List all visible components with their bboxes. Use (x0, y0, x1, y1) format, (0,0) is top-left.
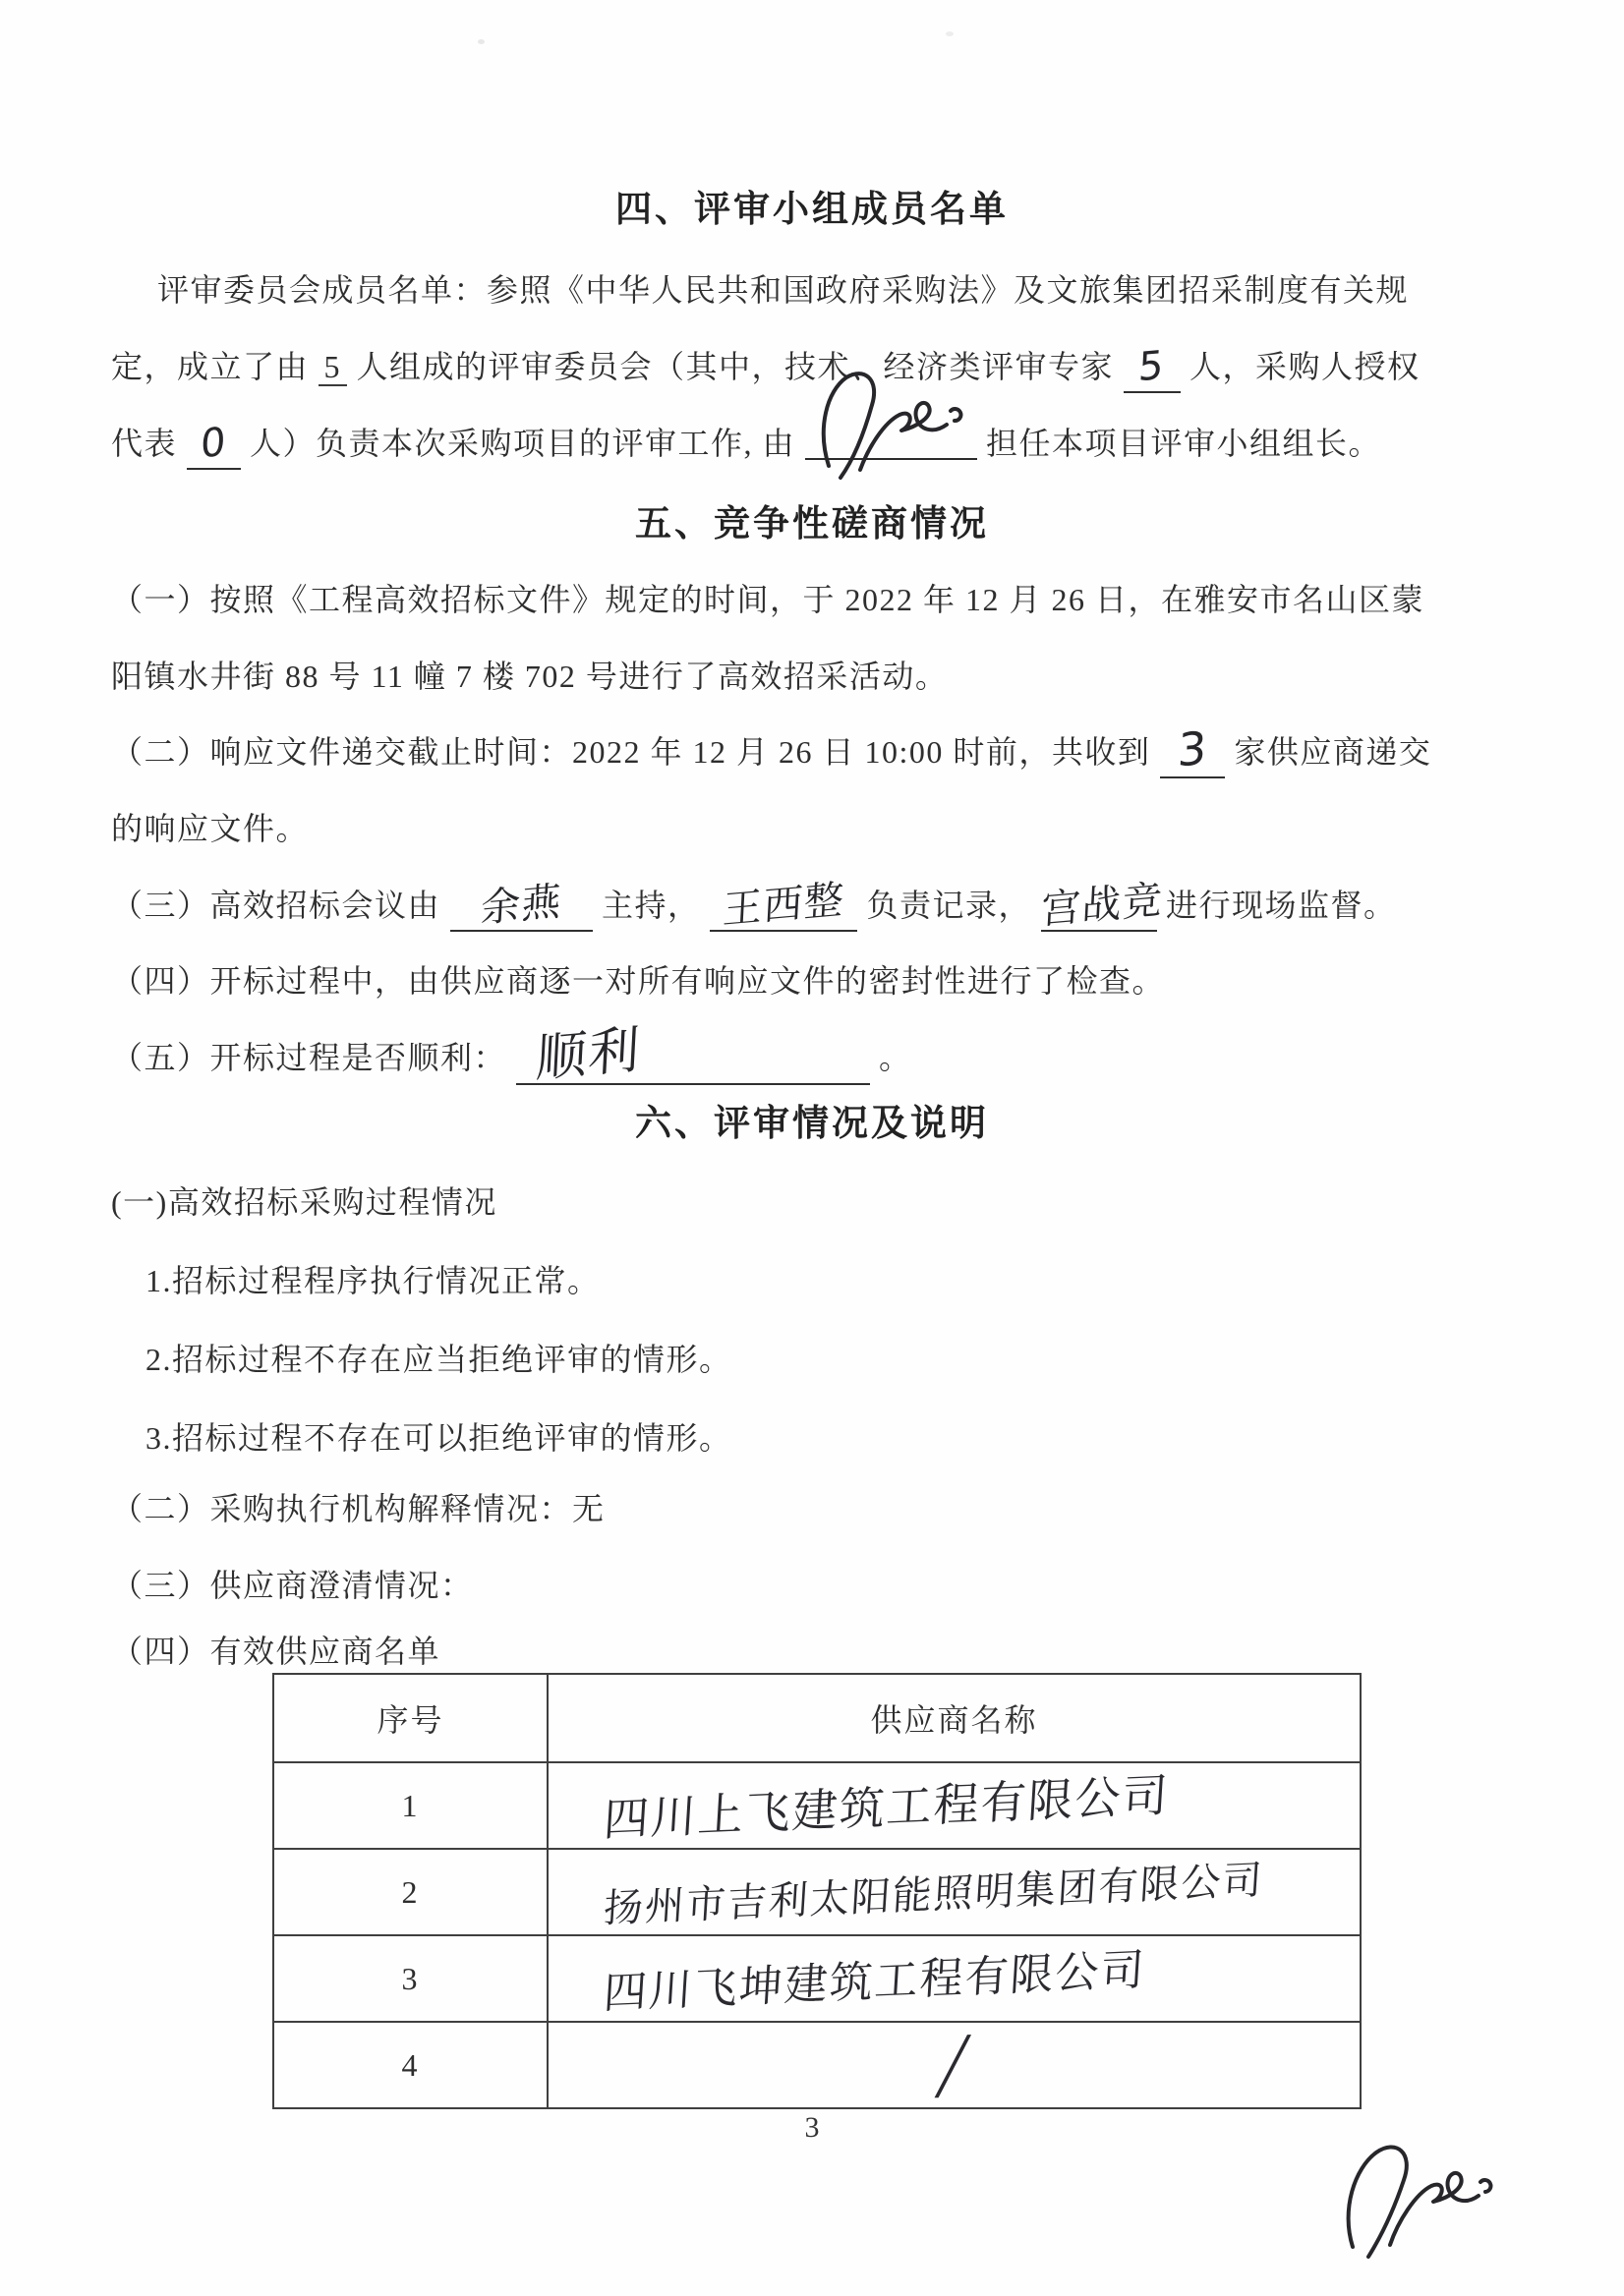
handwritten-recorder-name: 王西整 (722, 880, 845, 930)
section6-item-1: (一)高效招标采购过程情况 (111, 1177, 497, 1223)
table-row: 4 / (273, 2022, 1361, 2108)
paragraph-text: 进行现场监督。 (1166, 888, 1397, 923)
paragraph-text: 人）负责本次采购项目的评审工作, 由 (250, 426, 795, 461)
section6-sub-1: 1.招标过程程序执行情况正常。 (145, 1256, 601, 1301)
item-4-line: （四）开标过程中，由供应商逐一对所有响应文件的密封性进行了检查。 (111, 956, 1165, 1002)
scan-artifact (478, 39, 485, 44)
page-corner-signature (1335, 2131, 1492, 2268)
section6-sub-3: 3.招标过程不存在可以拒绝评审的情形。 (145, 1413, 732, 1459)
handwritten-smooth-answer: 顺利 (514, 1024, 641, 1087)
handwritten-supplier-name: 四川上飞建筑工程有限公司 (548, 1759, 1171, 1852)
column-header-no: 序号 (273, 1674, 548, 1762)
item-2-line-1: （二）响应文件递交截止时间：2022 年 12 月 26 日 10:00 时前，… (111, 727, 1431, 778)
recorder-name-blank: 王西整 (710, 890, 857, 932)
committee-member-count: 5 (319, 349, 348, 386)
handwritten-supplier-count: 3 (1176, 724, 1208, 773)
handwritten-host-name: 余燕 (480, 882, 563, 929)
supplier-table: 序号 供应商名称 1 四川上飞建筑工程有限公司 2 扬州市吉利太阳能照明集团有限… (272, 1673, 1362, 2109)
section6-item-2: （二）采购执行机构解释情况：无 (111, 1484, 606, 1529)
row-number: 4 (273, 2022, 548, 2108)
paragraph-text: 代表 (111, 426, 177, 461)
table-row: 3 四川飞坤建筑工程有限公司 (273, 1935, 1361, 2022)
expert-count-blank: 5 (1124, 351, 1181, 393)
handwritten-supplier-name: 四川飞坤建筑工程有限公司 (548, 1934, 1147, 2024)
supplier-name-cell: 扬州市吉利太阳能照明集团有限公司 (548, 1849, 1361, 1935)
supervisor-name-blank: 宫战竞 (1041, 890, 1157, 932)
document-page: 四、评审小组成员名单 评审委员会成员名单：参照《中华人民共和国政府采购法》及文旅… (0, 0, 1624, 2296)
supplier-count-blank: 3 (1160, 730, 1225, 778)
paragraph-text: 。 (879, 1040, 912, 1075)
handwritten-expert-count: 5 (1137, 346, 1166, 388)
handwritten-supervisor-name: 宫战竞 (1040, 880, 1164, 930)
item-2-line-2: 的响应文件。 (111, 804, 309, 849)
paragraph-text: （五）开标过程是否顺利： (111, 1040, 506, 1075)
row-number: 3 (273, 1935, 548, 2022)
supplier-name-cell: 四川上飞建筑工程有限公司 (548, 1762, 1361, 1849)
table-row: 2 扬州市吉利太阳能照明集团有限公司 (273, 1849, 1361, 1935)
table-header-row: 序号 供应商名称 (273, 1674, 1361, 1762)
supplier-name-cell: / (548, 2022, 1361, 2108)
column-header-supplier: 供应商名称 (548, 1674, 1361, 1762)
committee-paragraph-line-1: 评审委员会成员名单：参照《中华人民共和国政府采购法》及文旅集团招采制度有关规 (157, 265, 1409, 311)
group-leader-signature (811, 368, 973, 484)
paragraph-text: 担任本项目评审小组组长。 (986, 426, 1381, 461)
handwritten-rep-count: 0 (200, 423, 228, 465)
item-1-line-2: 阳镇水井街 88 号 11 幢 7 楼 702 号进行了高效招采活动。 (111, 652, 948, 697)
paragraph-text: （三）高效招标会议由 (111, 888, 440, 923)
row-number: 1 (273, 1762, 548, 1849)
section-5-heading: 五、竞争性磋商情况 (0, 493, 1624, 546)
section6-item-3: （三）供应商澄清情况： (111, 1561, 474, 1606)
paragraph-text: （二）响应文件递交截止时间：2022 年 12 月 26 日 10:00 时前，… (111, 734, 1150, 770)
smooth-answer-blank: 顺利 (516, 1032, 870, 1085)
handwritten-supplier-name: 扬州市吉利太阳能照明集团有限公司 (549, 1849, 1266, 1936)
section6-item-4: （四）有效供应商名单 (111, 1627, 440, 1672)
committee-paragraph-line-3: 代表 0 人）负责本次采购项目的评审工作, 由 担任本项目评审小组组长。 (111, 419, 1381, 470)
paragraph-text: 负责记录， (867, 888, 1032, 923)
item-3-line: （三）高效招标会议由 余燕 主持， 王西整 负责记录， 宫战竞 进行现场监督。 (111, 881, 1397, 932)
group-leader-signature-blank (805, 419, 977, 460)
row-number: 2 (273, 1849, 548, 1935)
section6-sub-2: 2.招标过程不存在应当拒绝评审的情形。 (145, 1335, 732, 1380)
paragraph-text: 人，采购人授权 (1189, 349, 1421, 384)
committee-paragraph-line-2: 定，成立了由 5 人组成的评审委员会（其中，技术、经济类评审专家 5 人，采购人… (111, 342, 1421, 393)
paragraph-text: 主持， (602, 888, 701, 923)
paragraph-text: 人组成的评审委员会（其中，技术、经济类评审专家 (357, 349, 1115, 384)
section-6-heading: 六、评审情况及说明 (0, 1093, 1624, 1146)
purchaser-rep-count-blank: 0 (187, 428, 241, 470)
paragraph-text: 评审委员会成员名单：参照《中华人民共和国政府采购法》及文旅集团招采制度有关规 (157, 272, 1409, 308)
paragraph-text: 定，成立了由 (111, 349, 309, 384)
item-1-line-1: （一）按照《工程高效招标文件》规定的时间，于 2022 年 12 月 26 日，… (111, 575, 1424, 620)
scan-artifact (946, 31, 954, 36)
section-4-heading: 四、评审小组成员名单 (0, 179, 1624, 232)
item-5-line: （五）开标过程是否顺利： 顺利 。 (111, 1032, 912, 1085)
handwritten-slash: / (541, 2026, 1366, 2104)
host-name-blank: 余燕 (450, 890, 593, 932)
supplier-name-cell: 四川飞坤建筑工程有限公司 (548, 1935, 1361, 2022)
paragraph-text: 家供应商递交 (1234, 734, 1431, 770)
table-row: 1 四川上飞建筑工程有限公司 (273, 1762, 1361, 1849)
